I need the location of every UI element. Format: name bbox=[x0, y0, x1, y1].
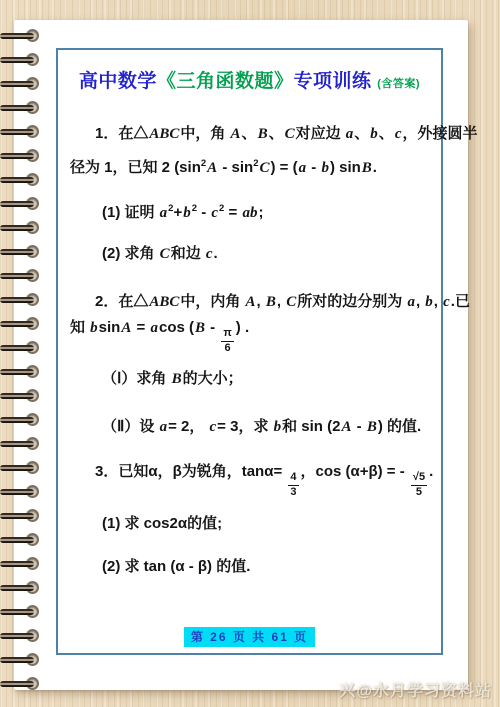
spiral-wire bbox=[0, 321, 34, 327]
spiral-wire bbox=[0, 177, 34, 183]
spiral-wire bbox=[0, 201, 34, 207]
spiral-wire bbox=[0, 105, 34, 111]
problem2-part2: （Ⅱ）设 a= 2， c= 3，求 b和 sin (2A - B) 的值. bbox=[70, 415, 437, 439]
worksheet-title: 高中数学《三角函数题》专项训练 (含答案) bbox=[58, 66, 441, 93]
spiral-wire bbox=[0, 297, 34, 303]
title-part-training: 专项训练 bbox=[293, 71, 371, 92]
spiral-wire bbox=[0, 129, 34, 135]
page-footer: 第 26 页 共 61 页 bbox=[58, 627, 441, 647]
spiral-wire bbox=[0, 465, 34, 471]
spiral-wire bbox=[0, 249, 34, 255]
spiral-wire bbox=[0, 441, 34, 447]
title-part-subject: 高中数学 bbox=[79, 71, 157, 92]
spiral-wire bbox=[0, 681, 34, 687]
spiral-wire bbox=[0, 561, 34, 567]
problem3-line1: 3．已知α，β为锐角，tanα= 43，cos (α+β) = - √55. bbox=[70, 460, 437, 484]
spiral-wire bbox=[0, 345, 34, 351]
paper-sheet: 高中数学《三角函数题》专项训练 (含答案) 1．在△ABC中，角 A、B、C对应… bbox=[14, 20, 468, 690]
spiral-wire bbox=[0, 633, 34, 639]
spiral-wire bbox=[0, 417, 34, 423]
problem1-part1: (1) 证明 a2+b2 - c2 = ab; bbox=[70, 197, 437, 221]
spiral-wire bbox=[0, 393, 34, 399]
spiral-wire bbox=[0, 57, 34, 63]
spiral-wire bbox=[0, 81, 34, 87]
spiral-wire bbox=[0, 369, 34, 375]
spiral-wire bbox=[0, 33, 34, 39]
title-answer-note: (含答案) bbox=[377, 78, 420, 90]
spiral-wire bbox=[0, 225, 34, 231]
spiral-wire bbox=[0, 153, 34, 159]
problem2-line2: 知 bsinA = acos (B - π6) . bbox=[70, 316, 437, 340]
spiral-wire bbox=[0, 657, 34, 663]
spiral-wire bbox=[0, 609, 34, 615]
problem2-part1: （Ⅰ）求角 B的大小； bbox=[70, 367, 437, 391]
problem3-part1: (1) 求 cos2α的值; bbox=[70, 512, 437, 536]
spiral-wire bbox=[0, 513, 34, 519]
watermark: 兴@水月学习资料站 bbox=[339, 678, 492, 701]
title-part-topic: 《三角函数题》 bbox=[157, 71, 294, 92]
page-number-badge: 第 26 页 共 61 页 bbox=[184, 627, 315, 647]
problem2-line1: 2．在△ABC中，内角 A, B, C所对的边分别为 a, b, c.已 bbox=[70, 290, 437, 314]
content-box: 高中数学《三角函数题》专项训练 (含答案) 1．在△ABC中，角 A、B、C对应… bbox=[56, 48, 443, 655]
problem1-part2: (2) 求角 C和边 c. bbox=[70, 242, 437, 266]
problem1-line2: 径为 1，已知 2 (sin2A - sin2C) = (a - b) sinB… bbox=[70, 152, 437, 176]
problem1-line1: 1．在△ABC中，角 A、B、C对应边 a、b、c，外接圆半 bbox=[70, 122, 437, 146]
spiral-wire bbox=[0, 585, 34, 591]
spiral-wire bbox=[0, 273, 34, 279]
spiral-wire bbox=[0, 489, 34, 495]
spiral-wire bbox=[0, 537, 34, 543]
problem3-part2: (2) 求 tan (α - β) 的值. bbox=[70, 555, 437, 579]
